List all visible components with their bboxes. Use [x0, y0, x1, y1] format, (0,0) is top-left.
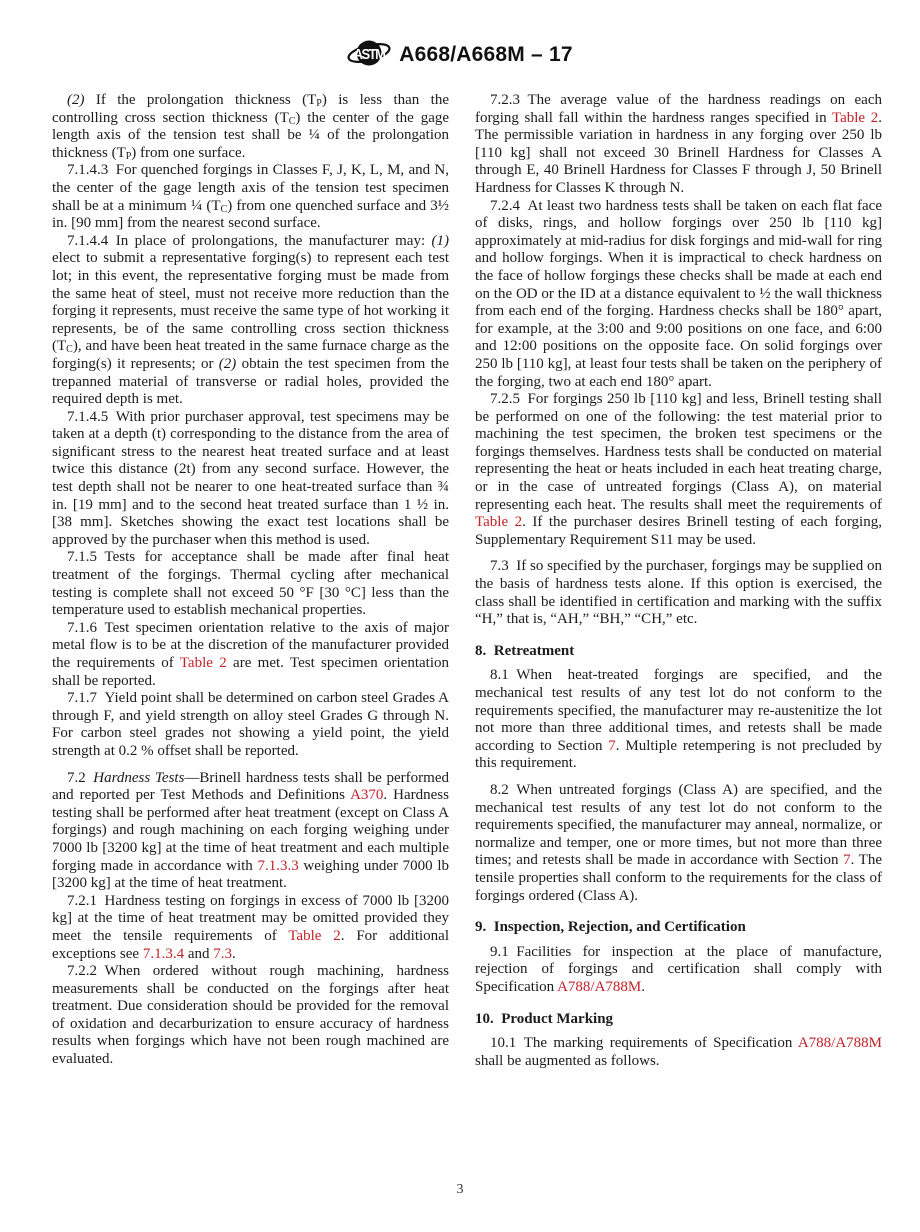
doc-designation: A668/A668M – 17 — [399, 43, 572, 67]
reference-link[interactable]: Table 2 — [832, 110, 878, 126]
heading-9: 9. Inspection, Rejection, and Certificat… — [475, 919, 882, 937]
para-7-1-4-4: 7.1.4.4 In place of prolongations, the m… — [52, 233, 449, 409]
page-number: 3 — [0, 1182, 920, 1198]
text-segment: 7.1.4.5 With prior purchaser approval, t… — [52, 409, 449, 548]
text-segment: 10.1 The marking requirements of Specifi… — [490, 1035, 798, 1051]
text-segment: . — [641, 979, 645, 995]
text-segment: 7.2.5 For forgings 250 lb [110 kg] and l… — [475, 391, 882, 513]
reference-link[interactable]: A370 — [350, 787, 383, 803]
svg-text:ASTM: ASTM — [354, 44, 386, 61]
text-segment: ) from one surface. — [131, 145, 245, 161]
subscript-text: C — [66, 344, 73, 355]
text-segment: 9. Inspection, Rejection, and Certificat… — [475, 919, 746, 935]
reference-link[interactable]: 7.1.3.4 — [143, 946, 184, 962]
para-7-2: 7.2 Hardness Tests—Brinell hardness test… — [52, 770, 449, 893]
para-7-2-2: 7.2.2 When ordered without rough machini… — [52, 963, 449, 1069]
para-7-1-7: 7.1.7 Yield point shall be determined on… — [52, 690, 449, 760]
reference-link[interactable]: A788/A788M — [798, 1035, 882, 1051]
text-segment: (2) — [219, 356, 237, 372]
text-segment: 7.1.5 Tests for acceptance shall be made… — [52, 549, 449, 618]
text-segment: shall be augmented as follows. — [475, 1053, 660, 1069]
para-7-1-5: 7.1.5 Tests for acceptance shall be made… — [52, 549, 449, 619]
text-segment: (2) — [67, 92, 85, 108]
para-item-2: (2) If the prolongation thickness (TP) i… — [52, 92, 449, 162]
text-segment: 8. Retreatment — [475, 643, 574, 659]
para-7-2-3: 7.2.3 The average value of the hardness … — [475, 92, 882, 198]
reference-link[interactable]: 7.3 — [213, 946, 232, 962]
text-segment: 7.1.4.4 In place of prolongations, the m… — [67, 233, 432, 249]
para-7-2-5: 7.2.5 For forgings 250 lb [110 kg] and l… — [475, 391, 882, 549]
para-10-1: 10.1 The marking requirements of Specifi… — [475, 1035, 882, 1070]
para-9-1: 9.1 Facilities for inspection at the pla… — [475, 944, 882, 997]
text-segment: If the prolongation thickness (T — [85, 92, 317, 108]
para-7-2-1: 7.2.1 Hardness testing on forgings in ex… — [52, 893, 449, 963]
text-segment: 10. Product Marking — [475, 1011, 613, 1027]
text-segment: (1) — [432, 233, 450, 249]
reference-link[interactable]: A788/A788M — [557, 979, 641, 995]
text-segment: and — [184, 946, 213, 962]
text-segment: 7.2 — [67, 770, 93, 786]
text-segment: . If the purchaser desires Brinell testi… — [475, 514, 882, 548]
document-page: ASTM A668/A668M – 17 (2) If the prolonga… — [0, 0, 920, 1232]
para-7-1-6: 7.1.6 Test specimen orientation relative… — [52, 620, 449, 690]
heading-10: 10. Product Marking — [475, 1011, 882, 1029]
heading-8: 8. Retreatment — [475, 643, 882, 661]
para-7-3: 7.3 If so specified by the purchaser, fo… — [475, 558, 882, 628]
astm-logo-icon: ASTM — [347, 36, 391, 75]
left-column: (2) If the prolongation thickness (TP) i… — [52, 92, 449, 1070]
para-7-1-4-3: 7.1.4.3 For quenched forgings in Classes… — [52, 162, 449, 232]
text-segment: 7.2.4 At least two hardness tests shall … — [475, 198, 882, 390]
reference-link[interactable]: Table 2 — [475, 514, 522, 530]
text-segment: Hardness Tests — [93, 770, 184, 786]
text-segment: 7.2.2 When ordered without rough machini… — [52, 963, 449, 1067]
para-8-1: 8.1 When heat-treated forgings are speci… — [475, 667, 882, 773]
text-segment: 7.1.7 Yield point shall be determined on… — [52, 690, 449, 759]
reference-link[interactable]: 7.1.3.3 — [257, 858, 298, 874]
para-7-2-4: 7.2.4 At least two hardness tests shall … — [475, 198, 882, 392]
right-column: 7.2.3 The average value of the hardness … — [475, 92, 882, 1070]
reference-link[interactable]: 7 — [843, 852, 851, 868]
text-segment: . — [232, 946, 236, 962]
text-segment: 7.3 If so specified by the purchaser, fo… — [475, 558, 882, 627]
text-segment: 7.2.3 The average value of the hardness … — [475, 92, 882, 126]
document-header: ASTM A668/A668M – 17 — [0, 0, 920, 74]
text-segment: 8.2 When untreated forgings (Class A) ar… — [475, 782, 882, 868]
reference-link[interactable]: Table 2 — [180, 655, 227, 671]
para-7-1-4-5: 7.1.4.5 With prior purchaser approval, t… — [52, 409, 449, 550]
reference-link[interactable]: 7 — [608, 738, 616, 754]
reference-link[interactable]: Table 2 — [288, 928, 340, 944]
text-segment: 9.1 Facilities for inspection at the pla… — [475, 944, 882, 995]
para-8-2: 8.2 When untreated forgings (Class A) ar… — [475, 782, 882, 905]
body-columns: (2) If the prolongation thickness (TP) i… — [52, 92, 882, 1070]
